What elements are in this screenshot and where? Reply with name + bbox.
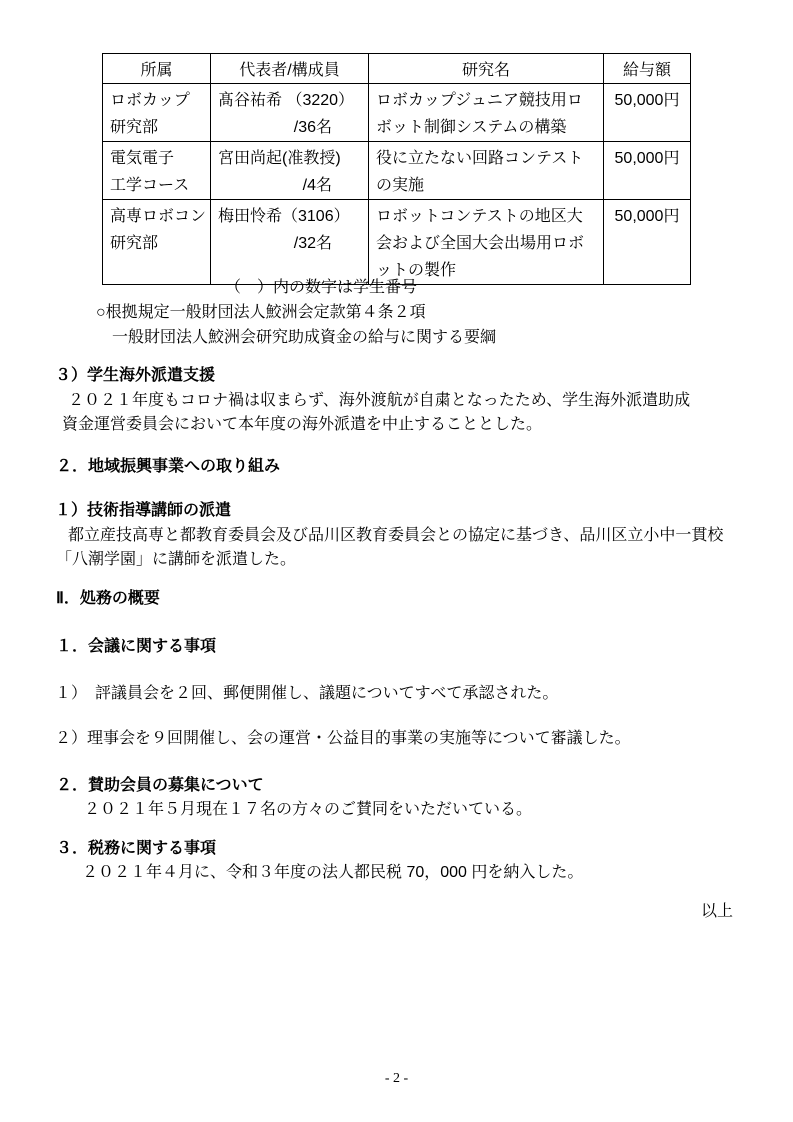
affiliation-line: 研究部 [103,114,210,141]
research-line: の実施 [369,172,603,199]
grant-table: 所属 代表者/構成員 研究名 給与額 ロボカップ 研究部 髙谷祐希 （3220）… [102,53,691,285]
representative-name: 梅田怜希（3106） [211,203,368,230]
heading-instructor-dispatch: １）技術指導講師の派遣 [55,501,231,521]
note-basis-line1: ○根拠規定一般財団法人鮫洲会定款第４条２項 [96,303,426,323]
cell-affiliation: ロボカップ 研究部 [103,84,211,142]
heading-regional-promotion: ２．地域振興事業への取り組み [56,457,280,477]
heading-tax: ３．税務に関する事項 [56,839,216,859]
heading-meetings: １．会議に関する事項 [56,637,216,657]
cell-amount: 50,000円 [604,142,691,200]
header-amount: 給与額 [604,54,691,84]
overseas-support-body-line1: ２０２１年度もコロナ禍は収まらず、海外渡航が自粛となったため、学生海外派遣助成 [68,391,690,411]
research-line: 会および全国大会出場用ロボ [369,230,603,257]
instructor-dispatch-body-line1: 都立産技高専と都教育委員会及び品川区教育委員会との協定に基づき、品川区立小中一貫… [68,526,723,546]
heading-office-summary: Ⅱ．処務の概要 [56,589,160,609]
cell-amount: 50,000円 [604,200,691,285]
member-count: /36名 [211,114,368,141]
amount-value: 50,000円 [604,145,690,172]
research-line: ボット制御システムの構築 [369,114,603,141]
amount-value: 50,000円 [604,87,690,114]
amount-value: 50,000円 [604,203,690,230]
supporting-members-body: ２０２１年５月現在１７名の方々のご賛同をいただいている。 [84,800,532,820]
cell-representative: 宮田尚起(准教授) /4名 [211,142,369,200]
affiliation-line: 研究部 [103,230,210,257]
affiliation-line: ロボカップ [103,87,210,114]
note-student-number-legend: （ ）内の数字は学生番号 [225,278,417,298]
affiliation-line: 電気電子 [103,145,210,172]
closing-ijou: 以上 [701,898,733,921]
representative-name: 宮田尚起(准教授) [211,145,368,172]
cell-amount: 50,000円 [604,84,691,142]
cell-affiliation: 電気電子 工学コース [103,142,211,200]
cell-representative: 梅田怜希（3106） /32名 [211,200,369,285]
header-research-name: 研究名 [369,54,604,84]
research-line: ロボカップジュニア競技用ロ [369,87,603,114]
cell-research: ロボットコンテストの地区大 会および全国大会出場用ロボ ットの製作 [369,200,604,285]
meetings-item1: １） 評議員会を２回、郵便開催し、議題についてすべて承認された。 [55,684,558,704]
affiliation-line: 工学コース [103,172,210,199]
page-number: - 2 - [0,1071,793,1087]
member-count: /32名 [211,230,368,257]
cell-representative: 髙谷祐希 （3220） /36名 [211,84,369,142]
tax-body: ２０２１年４月に、令和３年度の法人都民税 70，000 円を納入した。 [82,863,583,883]
research-line: ロボットコンテストの地区大 [369,203,603,230]
instructor-dispatch-body-line2: 「八潮学園」に講師を派遣した。 [56,550,296,570]
affiliation-line: 高専ロボコン [103,203,210,230]
header-representative: 代表者/構成員 [211,54,369,84]
table-row: 電気電子 工学コース 宮田尚起(准教授) /4名 役に立たない回路コンテスト の… [103,142,691,200]
overseas-support-body-line2: 資金運営委員会において本年度の海外派遣を中止することとした。 [62,415,542,435]
research-line: 役に立たない回路コンテスト [369,145,603,172]
header-affiliation: 所属 [103,54,211,84]
table-row: ロボカップ 研究部 髙谷祐希 （3220） /36名 ロボカップジュニア競技用ロ… [103,84,691,142]
document-page: 所属 代表者/構成員 研究名 給与額 ロボカップ 研究部 髙谷祐希 （3220）… [0,0,793,1122]
table-row: 高専ロボコン 研究部 梅田怜希（3106） /32名 ロボットコンテストの地区大… [103,200,691,285]
heading-supporting-members: ２．賛助会員の募集について [56,776,264,796]
meetings-item2: ２）理事会を９回開催し、会の運営・公益目的事業の実施等について審議した。 [55,729,631,749]
cell-research: 役に立たない回路コンテスト の実施 [369,142,604,200]
representative-name: 髙谷祐希 （3220） [211,87,368,114]
heading-overseas-support: ３）学生海外派遣支援 [55,366,215,386]
cell-affiliation: 高専ロボコン 研究部 [103,200,211,285]
note-basis-line2: 一般財団法人鮫洲会研究助成資金の給与に関する要綱 [112,328,496,348]
cell-research: ロボカップジュニア競技用ロ ボット制御システムの構築 [369,84,604,142]
member-count: /4名 [211,172,368,199]
table-header-row: 所属 代表者/構成員 研究名 給与額 [103,54,691,84]
